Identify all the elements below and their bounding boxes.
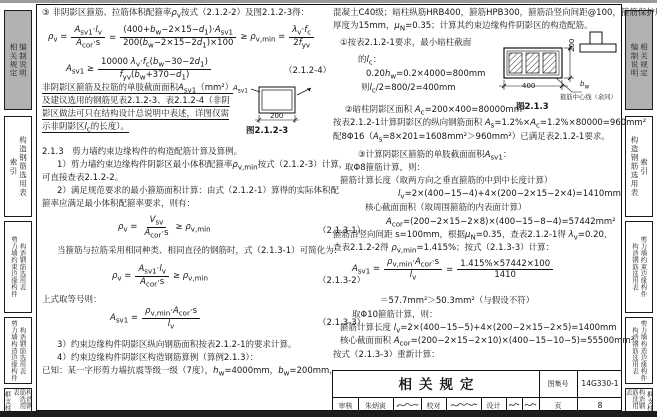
fig1-dim-200: 200 bbox=[270, 112, 283, 120]
text-line: 0.20hw=0.2×4000=800mm bbox=[366, 70, 485, 81]
tab-label: 构造钢筋选用表 bbox=[19, 327, 25, 375]
title-block: 相关规定 图集号 14G330-1 审核 朱炳寅 校对 设计 页 8 bbox=[332, 370, 622, 411]
tab-label: 构造钢筋选用表 bbox=[625, 389, 644, 413]
text-line: 混凝土C40级；暗柱纵筋HRB400，箍筋HPB300，箍筋沿竖向间距@100，… bbox=[333, 9, 657, 19]
tab-label: 剪力墙约束边缘构件 bbox=[640, 236, 646, 297]
fraction: Asv1·lvAcor·s bbox=[71, 25, 105, 50]
text-line: 核心截面面积（取周围箍筋的内表面计算） bbox=[365, 204, 527, 214]
text-line: 则lc/2=800/2=400mm bbox=[361, 84, 456, 95]
text-line: 非阴影区箍筋及拉筋的单肢截面面积Asv1（mm²） bbox=[42, 84, 233, 95]
eq-part: Asv1 = bbox=[110, 313, 138, 325]
tab-constrained-edge-members-right[interactable]: 构造钢筋选用表 剪力墙约束边缘构件 bbox=[625, 221, 653, 313]
text-line: 核心截面面积 Acor=(200−2×15−2×10)×(400−15−10−5… bbox=[340, 337, 634, 348]
tab-label: 构造钢筋选用表 bbox=[13, 389, 32, 413]
text-line: 厚度为15mm，μN=0.35；计算其约束边缘构件阴影区的构造配筋。 bbox=[333, 22, 593, 33]
tab-structural-edge-members-right[interactable]: 构造钢筋选用表 剪力墙构造边缘构件 bbox=[625, 317, 653, 384]
text-line: 取Φ10箍筋计算，则： bbox=[352, 311, 438, 321]
fraction: ρv,min·Acor·slv bbox=[384, 257, 442, 282]
tab-label: 索引 bbox=[640, 158, 648, 175]
eq-part: ρv = bbox=[118, 222, 137, 234]
fraction: (400+bw−2×15−d1)·Asv1200(bw−2×15−2d1)×10… bbox=[120, 25, 236, 50]
designer-label: 设计 bbox=[481, 401, 506, 411]
fraction: 10000 λv·fc(bw−30−2d1)fyv(bw+370−d1) bbox=[98, 57, 211, 82]
text-line: 示非阴影区lc的长度）。 bbox=[42, 123, 129, 134]
text-line: 取Φ8箍筋计算，则： bbox=[345, 164, 425, 174]
tab-label: 编制说明 bbox=[631, 43, 639, 78]
scan-edge-top bbox=[0, 0, 657, 3]
tab-index[interactable]: 索引 构造钢筋选用表 bbox=[4, 116, 32, 217]
text-line: Acor=(200−2×15−2×8)×(400−15−8−4)=57442mm… bbox=[386, 218, 616, 229]
text-line: 的lc： bbox=[358, 56, 381, 67]
eq-part: ρv = bbox=[48, 32, 67, 44]
fraction: 1.415%×57442×1001410 bbox=[457, 259, 553, 280]
eq-part: = bbox=[109, 33, 116, 43]
equation-asv1-calc: Asv1 = ρv,min·Acor·slv = 1.415%×57442×10… bbox=[352, 257, 553, 282]
section-heading: 2.1.3 剪力墙约束边缘构件的构造配筋计算及算例。 bbox=[42, 148, 242, 158]
atlas-number-label: 图集号 bbox=[539, 379, 577, 389]
text-line: 2）满足规范要求的最小箍筋面积计算：由式（2.1.2-1）算得的实际体积配 bbox=[57, 187, 339, 197]
text-line: 箍筋计算长度（取两方向之垂直箍筋的中到中长度计算） bbox=[340, 177, 553, 187]
equation-2-1-2-4: Asv1 ≥ 10000 λv·fc(bw−30−2d1)fyv(bw+370−… bbox=[66, 57, 211, 82]
page-label: 页 bbox=[539, 401, 577, 411]
fraction: Asv1·lvAcor·s bbox=[135, 264, 169, 289]
tab-label: 构造钢筋选用表 bbox=[632, 327, 638, 375]
eq-part: = bbox=[446, 265, 453, 275]
eq-part: ≥ ρv,min bbox=[173, 271, 208, 283]
equation-2-1-3-1: ρv = VsvAcor·s ≥ ρv,min bbox=[118, 215, 211, 240]
tab-constrained-edge-members[interactable]: 剪力墙约束边缘构件 构造钢筋选用表 bbox=[4, 221, 32, 313]
text-line: 当箍筋与拉筋采用相同种类、相同直径的钢筋时，式（2.1.3-1）可简化为： bbox=[57, 247, 342, 257]
fig2-stirrup-note: 箍筋中心线（余同） bbox=[560, 92, 617, 101]
fig1-asv1-label: Asv1 bbox=[233, 84, 248, 94]
designer-name-script bbox=[507, 400, 521, 410]
fraction: VsvAcor·s bbox=[141, 215, 171, 240]
tab-label: 索引 bbox=[10, 158, 18, 175]
fraction: ρv,min·Acor·slv bbox=[142, 306, 200, 331]
reviewer-label: 审核 bbox=[333, 401, 358, 411]
tab-label: 相关规定 bbox=[10, 43, 18, 78]
tab-related-rules-right[interactable]: 编制说明 相关规定 bbox=[625, 10, 653, 110]
tab-label: 构造钢筋选用表 bbox=[19, 243, 25, 291]
scan-edge-bottom bbox=[0, 411, 657, 417]
title-block-divider bbox=[446, 397, 447, 410]
fig1-caption: 图2.1.2-3 bbox=[246, 124, 288, 136]
checker-label: 校对 bbox=[421, 401, 446, 411]
tab-label: 编制说明 bbox=[19, 43, 27, 78]
designer-signature-icon bbox=[523, 400, 538, 410]
page-number: 8 bbox=[577, 401, 623, 410]
text-line: 可直接查表2.1.2-2。 bbox=[42, 174, 123, 184]
reviewer-signature-icon bbox=[395, 400, 419, 410]
checker-signature-icon bbox=[449, 400, 479, 410]
text-line: lv=2×(400−15−4)+4×(200−2×15−2×4)=1410mm bbox=[398, 190, 621, 201]
text-line: 按式（2.1.3-3）重新计算： bbox=[333, 351, 440, 361]
equation-rho-v: ρv = Asv1·lvAcor·s = (400+bw−2×15−d1)·As… bbox=[48, 25, 314, 50]
tab-label: 构造钢筋选用表 bbox=[631, 136, 639, 197]
text-line: 箍筋沿竖向间距 s=100mm，根据μN=0.35，查表2.1.2-1得 λv=… bbox=[333, 231, 612, 242]
tab-label: 框支柱 bbox=[646, 391, 652, 411]
text-line: 箍筋计算长度 lv=2×(400−15−5)+4×(200−2×15−2×5)=… bbox=[340, 324, 617, 335]
title-block-divider bbox=[393, 397, 394, 410]
tab-structural-edge-members[interactable]: 剪力墙构造边缘构件 构造钢筋选用表 bbox=[4, 317, 32, 384]
text-line: 4）约束边缘构件阴影区构造钢筋算例（算例2.1.3）： bbox=[57, 354, 258, 364]
tab-label: 构造钢筋选用表 bbox=[19, 136, 27, 197]
fig2-dim-200: 200 bbox=[568, 39, 576, 52]
tab-related-rules[interactable]: 相关规定 编制说明 bbox=[4, 10, 32, 110]
equation-number: （2.1.2-4） bbox=[284, 64, 331, 76]
eq-part: ρv = bbox=[112, 271, 131, 283]
fraction: λv·fc2fyv bbox=[289, 25, 314, 50]
text-line: ＝57.7mm²＞50.3mm²（与假设不符） bbox=[380, 297, 534, 307]
text-line: 箍率应满足最小体积配箍率要求，则有： bbox=[42, 200, 195, 210]
eq-part: ≥ ρv,min = bbox=[240, 32, 285, 44]
text-line: 上式取等号则： bbox=[42, 296, 102, 306]
text-line: 按表2.1.2-1计算阴影区的纵向钢筋面积 As=1.2%×Ac=1.2%×80… bbox=[333, 119, 646, 130]
text-line: ②暗柱阴影区面积 Ac=200×400=80000mm² bbox=[345, 106, 525, 117]
text-line: 配8Φ16（As=8×201=1608mm²＞960mm²）已满足表2.1.2-… bbox=[333, 133, 610, 144]
tab-label: 构造钢筋选用表 bbox=[632, 243, 638, 291]
atlas-number: 14G330-1 bbox=[577, 379, 623, 388]
eq-part: Asv1 ≥ bbox=[66, 64, 94, 76]
tab-label: 剪力墙构造边缘构件 bbox=[11, 320, 17, 381]
text-line: ③计算阴影区箍筋的单肢截面面积Asv1： bbox=[358, 151, 511, 162]
equation-2-1-3-2: ρv = Asv1·lvAcor·s ≥ ρv,min bbox=[112, 264, 208, 289]
fig2-bw-label: bw bbox=[580, 80, 589, 90]
text-line: ①按表2.1.2-1要求，最小暗柱截面 bbox=[340, 39, 471, 49]
text-line: 1）剪力墙约束边缘构件阴影区最小体积配箍率ρv,min按式（2.1.2-3）计算… bbox=[57, 161, 347, 172]
tab-index-right[interactable]: 构造钢筋选用表 索引 bbox=[625, 116, 653, 217]
text-line: 已知：某一字形剪力墙抗震等级一级（7度），hw=4000mm，bw=200mm， bbox=[42, 367, 338, 378]
eq-part: ≥ ρv,min bbox=[176, 222, 211, 234]
text-line: ③ 非阴影区箍筋、拉筋体积配箍率ρv按式（2.1.2-2）及图2.1.2-3得： bbox=[42, 9, 309, 20]
eq-part: Asv1 = bbox=[352, 264, 380, 276]
scanned-atlas-page: 相关规定 编制说明 索引 构造钢筋选用表 剪力墙约束边缘构件 构造钢筋选用表 剪… bbox=[0, 0, 657, 417]
fig2-dim-400: 400 bbox=[522, 82, 535, 90]
reviewer-name: 朱炳寅 bbox=[358, 401, 393, 411]
equation-2-1-3-3: Asv1 = ρv,min·Acor·slv bbox=[110, 306, 200, 331]
text-line: 3）约束边缘构件阴影区纵向钢筋面积按表2.1.2-1的要求计算。 bbox=[57, 341, 297, 351]
text-line: 查表2.1.2-2得 ρv,min=1.415%；按式（2.1.3-3）计算： bbox=[333, 244, 554, 255]
tab-label: 剪力墙约束边缘构件 bbox=[11, 236, 17, 297]
tab-label: 框支柱 bbox=[4, 391, 10, 411]
tab-label: 剪力墙构造边缘构件 bbox=[640, 320, 646, 381]
section-title: 相关规定 bbox=[333, 373, 539, 393]
text-line: 影区做法可只在结构设计总说明中表述，详图仅需 bbox=[42, 110, 229, 120]
text-line: 及建议选用的钢筋见表2.1.2-3、表2.1.2-4（非阴 bbox=[42, 97, 230, 107]
tab-label: 相关规定 bbox=[640, 43, 648, 78]
